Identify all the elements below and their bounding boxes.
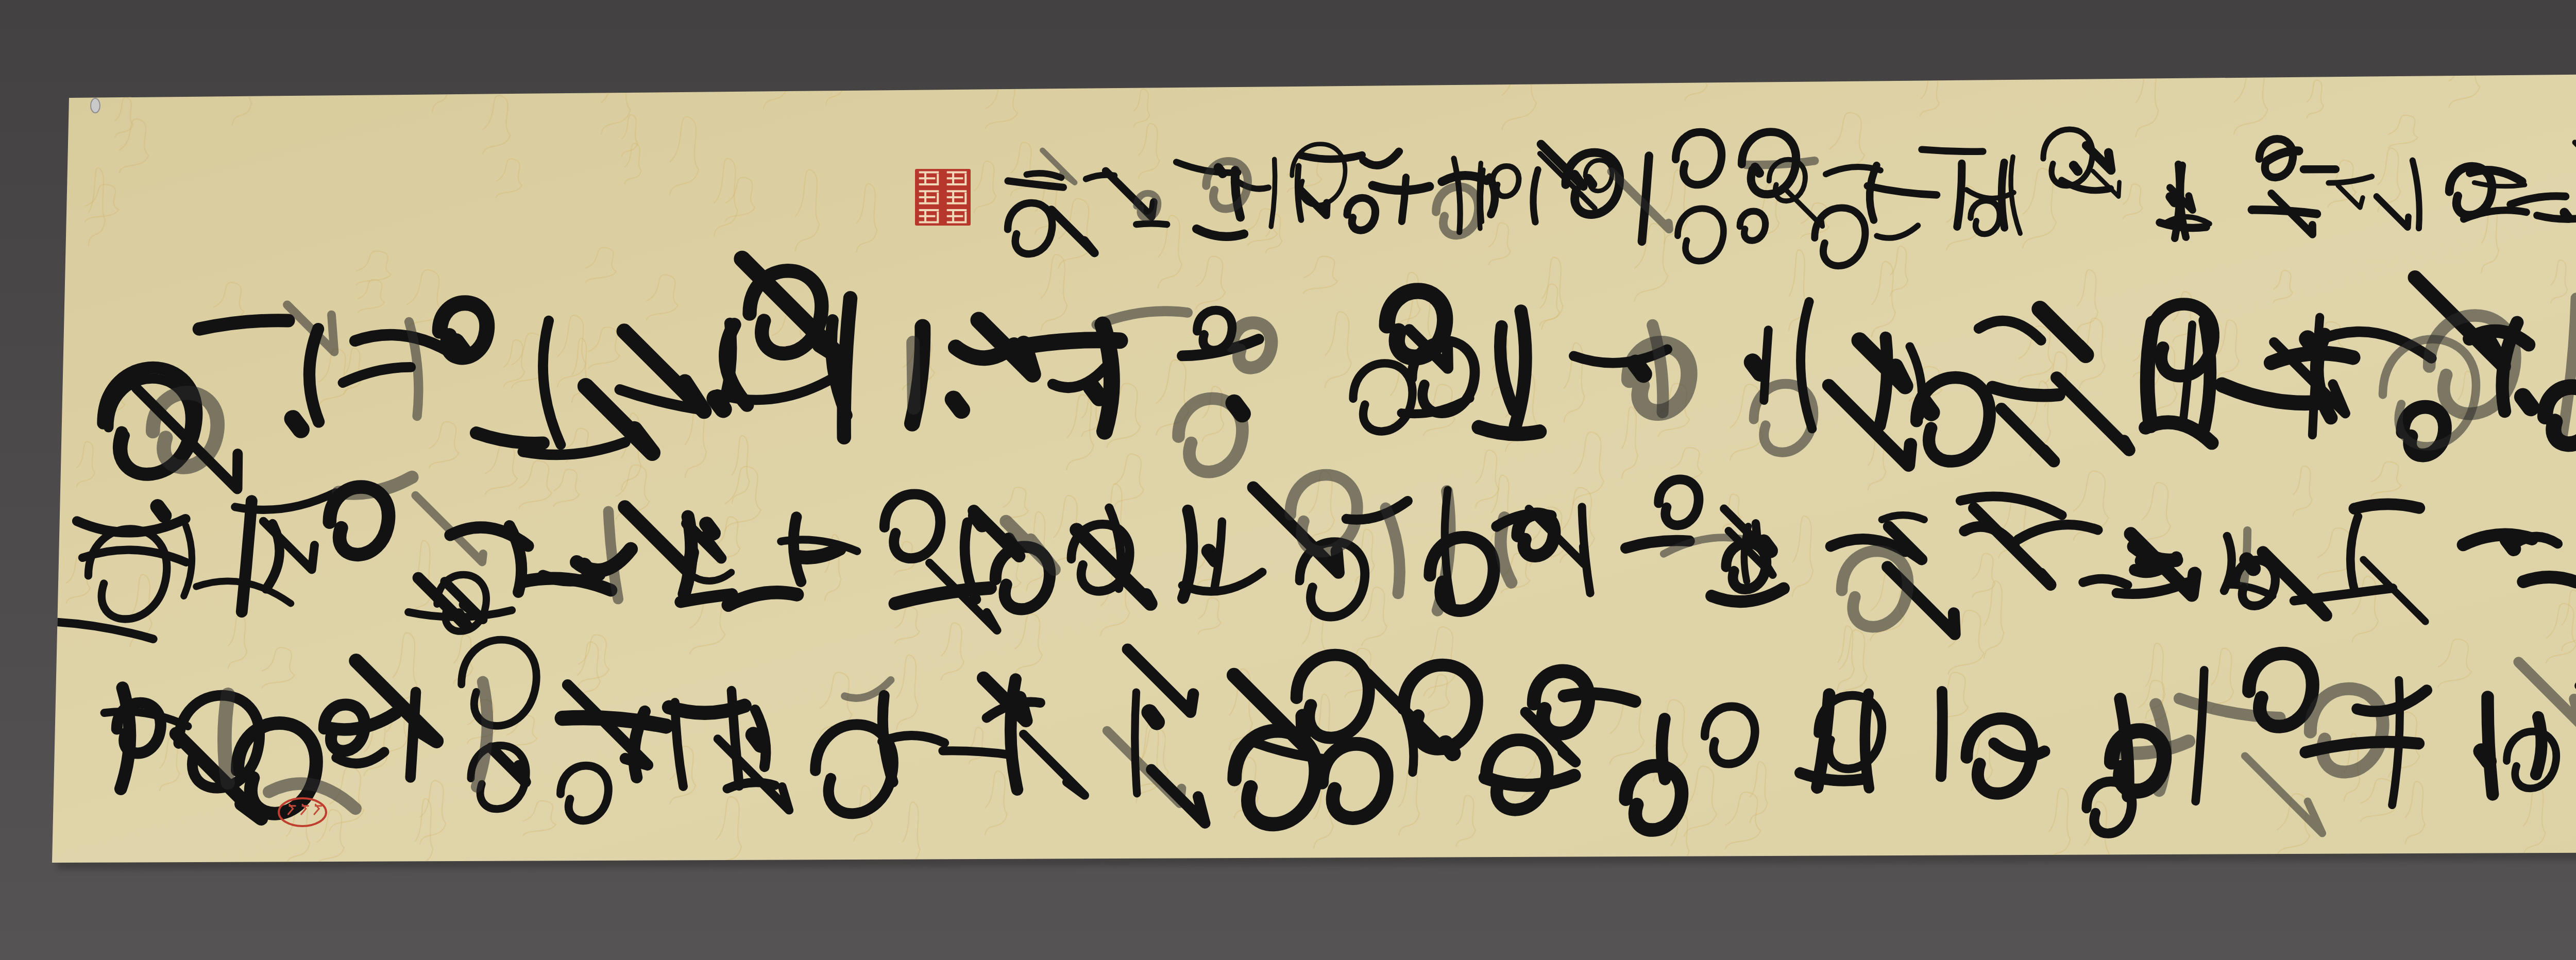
brush-dot (158, 506, 164, 516)
brush-stroke (1941, 691, 1943, 777)
brush-stroke (681, 594, 732, 602)
brush-dot (1755, 167, 1759, 173)
brush-stroke (2354, 504, 2419, 509)
brush-dot (2170, 197, 2174, 202)
brush-dot (1234, 403, 1242, 414)
brush-dot (753, 735, 760, 745)
brush-dot (975, 516, 982, 525)
brush-stroke (1300, 155, 1362, 159)
brush-stroke (2252, 210, 2317, 214)
push-pin (91, 98, 100, 113)
brush-stroke (1865, 694, 1869, 788)
brush-dot (706, 524, 713, 534)
brush-stroke (1137, 224, 1167, 225)
brush-dot (2074, 165, 2078, 171)
brush-stroke (1103, 324, 1112, 431)
brush-dot (1764, 542, 1770, 551)
brush-stroke (2523, 577, 2576, 582)
brush-stroke (1922, 149, 1983, 151)
brush-dot (1753, 362, 1761, 373)
photo-stage (0, 0, 2576, 960)
brush-stroke (913, 342, 914, 408)
brush-dot (2481, 751, 2488, 761)
brush-dot (1091, 387, 1099, 398)
brush-dot (1218, 168, 1223, 174)
brush-dot (2507, 540, 2514, 549)
brush-dot (2564, 213, 2568, 218)
brush-stroke (669, 706, 745, 713)
brush-dot (1635, 364, 1643, 374)
brush-stroke (1135, 692, 1137, 794)
brush-dot (2142, 561, 2149, 570)
brush-stroke (2147, 323, 2153, 426)
brush-stroke (1479, 427, 1539, 434)
brush-dot (1923, 402, 1931, 413)
brush-dot (1209, 551, 1215, 560)
brush-stroke (411, 692, 416, 778)
brush-stroke (943, 751, 1010, 755)
brush-stroke (1479, 163, 1481, 229)
brush-dot (1149, 712, 1157, 722)
brush-dot (456, 342, 464, 353)
brush-dot (1588, 179, 1592, 184)
brush-dot (584, 565, 591, 574)
brush-stroke (684, 517, 691, 594)
brush-stroke (225, 695, 228, 783)
brush-stroke (2536, 717, 2541, 774)
brush-stroke (562, 718, 666, 726)
brush-dot (2523, 397, 2531, 407)
brush-dot (293, 419, 301, 430)
brush-stroke (1011, 679, 1018, 790)
brush-stroke (1564, 694, 1635, 701)
brush-stroke (1372, 185, 1429, 191)
square-seal-inscription (915, 169, 971, 226)
brush-stroke (1402, 177, 1406, 221)
brush-stroke (1662, 719, 1665, 779)
brush-dot (1446, 743, 1453, 753)
brush-dot (2247, 560, 2253, 569)
brush-dot (954, 399, 962, 410)
brush-stroke (2488, 697, 2493, 794)
